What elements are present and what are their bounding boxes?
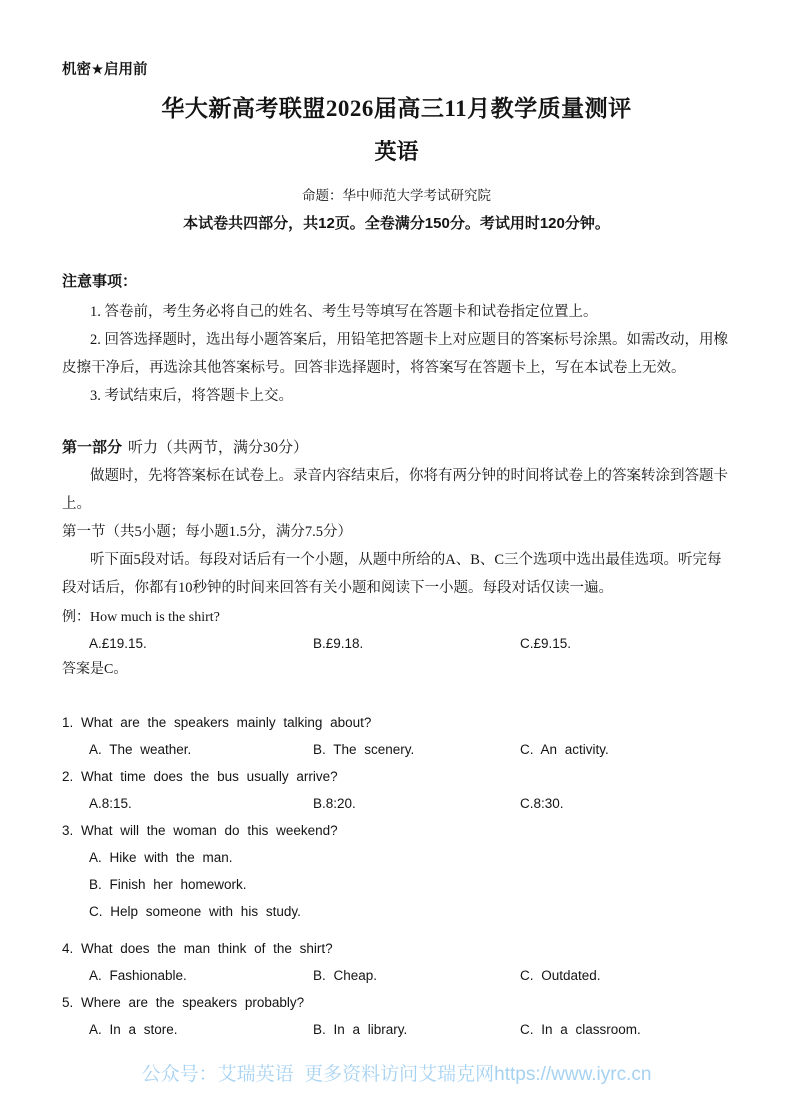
question-4-options: A. Fashionable. B. Cheap. C. Outdated. (62, 962, 731, 989)
question-3-options: A. Hike with the man. B. Finish her home… (62, 844, 731, 925)
question-5-text: 5. Where are the speakers probably? (62, 989, 731, 1016)
part1-heading: 第一部分听力（共两节，满分30分） (62, 436, 731, 460)
question-2: 2. What time does the bus usually arrive… (62, 763, 731, 817)
exam-title: 华大新高考联盟2026届高三11月教学质量测评 (62, 93, 731, 125)
question-3-option-a: A. Hike with the man. (62, 844, 731, 871)
question-4-text: 4. What does the man think of the shirt? (62, 935, 731, 962)
notice-list: 1. 答卷前，考生务必将自己的姓名、考生号等填写在答题卡和试卷指定位置上。 2.… (62, 298, 731, 410)
subject-title: 英语 (62, 137, 731, 167)
question-2-option-c: C.8:30. (520, 790, 731, 817)
question-3-text: 3. What will the woman do this weekend? (62, 817, 731, 844)
question-1-text: 1. What are the speakers mainly talking … (62, 709, 731, 736)
question-1-option-c: C. An activity. (520, 736, 731, 763)
question-1-option-b: B. The scenery. (313, 736, 520, 763)
example-option-a: A.£19.15. (89, 631, 313, 657)
question-1: 1. What are the speakers mainly talking … (62, 709, 731, 763)
question-1-options: A. The weather. B. The scenery. C. An ac… (62, 736, 731, 763)
section1-heading: 第一节（共5小题；每小题1.5分，满分7.5分） (62, 518, 731, 546)
notice-item-3: 3. 考试结束后，将答题卡上交。 (62, 382, 731, 410)
exam-paper-page: 机密★启用前 华大新高考联盟2026届高三11月教学质量测评 英语 命题：华中师… (0, 0, 793, 1095)
example-question: 例：How much is the shirt? (62, 604, 731, 631)
part1-intro: 做题时，先将答案标在试卷上。录音内容结束后，你将有两分钟的时间将试卷上的答案转涂… (62, 462, 731, 518)
example-options: A.£19.15. B.£9.18. C.£9.15. (62, 631, 731, 657)
question-1-option-a: A. The weather. (89, 736, 313, 763)
example-option-b: B.£9.18. (313, 631, 520, 657)
question-4-option-a: A. Fashionable. (89, 962, 313, 989)
question-2-text: 2. What time does the bus usually arrive… (62, 763, 731, 790)
question-2-option-b: B.8:20. (313, 790, 520, 817)
question-5-option-c: C. In a classroom. (520, 1016, 731, 1043)
question-2-option-a: A.8:15. (89, 790, 313, 817)
question-5-option-b: B. In a library. (313, 1016, 520, 1043)
example-answer: 答案是C。 (62, 657, 731, 683)
notice-item-1: 1. 答卷前，考生务必将自己的姓名、考生号等填写在答题卡和试卷指定位置上。 (62, 298, 731, 326)
question-3-option-c: C. Help someone with his study. (62, 898, 731, 925)
question-4: 4. What does the man think of the shirt?… (62, 935, 731, 989)
exam-info-line: 本试卷共四部分，共12页。全卷满分150分。考试用时120分钟。 (62, 214, 731, 234)
question-3: 3. What will the woman do this weekend? … (62, 817, 731, 925)
part1-title: 听力（共两节，满分30分） (128, 440, 308, 456)
question-list: 1. What are the speakers mainly talking … (62, 709, 731, 1043)
question-4-option-b: B. Cheap. (313, 962, 520, 989)
notice-item-2: 2. 回答选择题时，选出每小题答案后，用铅笔把答题卡上对应题目的答案标号涂黑。如… (62, 326, 731, 382)
proposer-line: 命题：华中师范大学考试研究院 (62, 187, 731, 205)
question-4-option-c: C. Outdated. (520, 962, 731, 989)
question-5-options: A. In a store. B. In a library. C. In a … (62, 1016, 731, 1043)
question-5: 5. Where are the speakers probably? A. I… (62, 989, 731, 1043)
example-option-c: C.£9.15. (520, 631, 731, 657)
question-2-options: A.8:15. B.8:20. C.8:30. (62, 790, 731, 817)
notice-heading: 注意事项： (62, 272, 731, 292)
section1-intro: 听下面5段对话。每段对话后有一个小题，从题中所给的A、B、C三个选项中选出最佳选… (62, 546, 731, 602)
confidential-label: 机密★启用前 (62, 60, 731, 80)
question-3-option-b: B. Finish her homework. (62, 871, 731, 898)
question-5-option-a: A. In a store. (89, 1016, 313, 1043)
page-content: 机密★启用前 华大新高考联盟2026届高三11月教学质量测评 英语 命题：华中师… (0, 60, 793, 1043)
footer-watermark: 公众号：艾瑞英语 更多资料访问艾瑞克网https://www.iyrc.cn (0, 1063, 793, 1087)
part1-label: 第一部分 (62, 439, 122, 456)
